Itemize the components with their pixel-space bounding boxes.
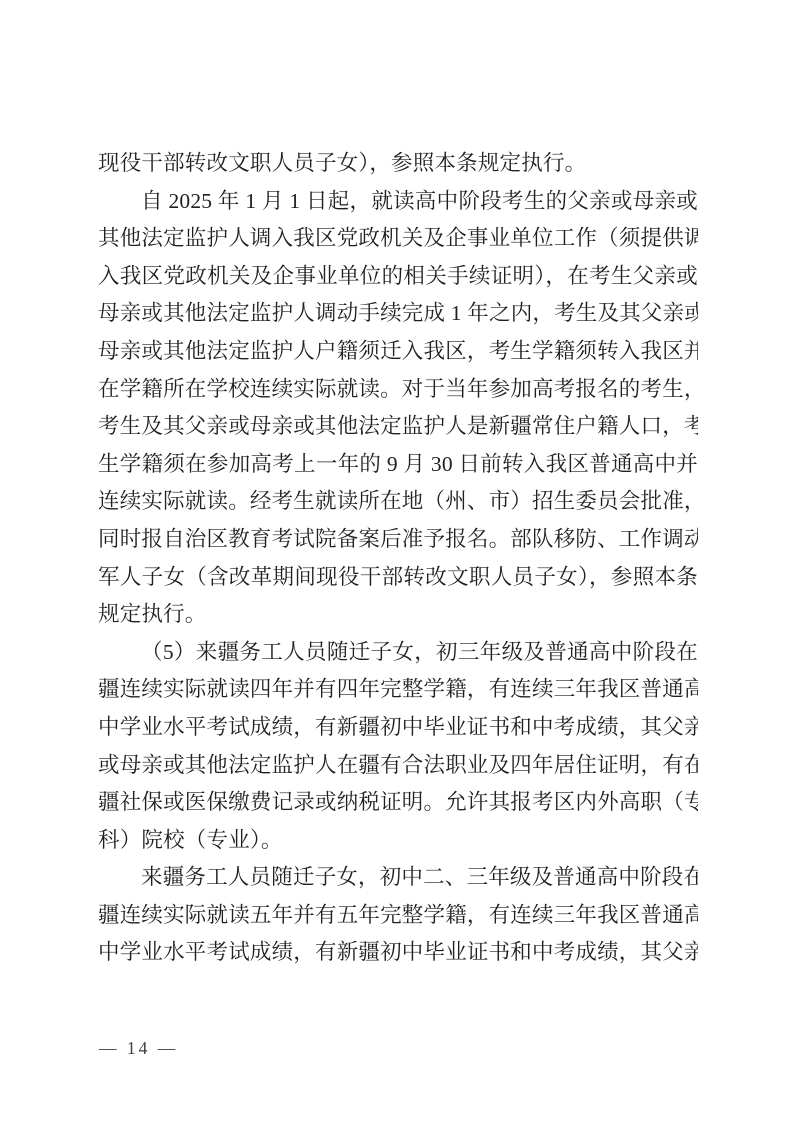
text-line: 同时报自治区教育考试院备案后准予报名。部队移防、工作调动 xyxy=(98,521,698,559)
text-line: 考生及其父亲或母亲或其他法定监护人是新疆常住户籍人口，考 xyxy=(98,408,698,446)
text-line: 自 2025 年 1 月 1 日起，就读高中阶段考生的父亲或母亲或 xyxy=(98,183,698,221)
text-line: 入我区党政机关及企事业单位的相关手续证明），在考生父亲或 xyxy=(98,258,698,296)
paragraph-migrant-workers-five-years: 来疆务工人员随迁子女，初中二、三年级及普通高中阶段在疆连续实际就读五年并有五年完… xyxy=(98,859,698,972)
text-line: 生学籍须在参加高考上一年的 9 月 30 日前转入我区普通高中并 xyxy=(98,446,698,484)
text-line: 母亲或其他法定监护人户籍须迁入我区，考生学籍须转入我区并 xyxy=(98,333,698,371)
page-number: — 14 — xyxy=(99,1036,178,1060)
text-line: 中学业水平考试成绩，有新疆初中毕业证书和中考成绩，其父亲 xyxy=(98,709,698,747)
text-line: 或母亲或其他法定监护人在疆有合法职业及四年居住证明，有在 xyxy=(98,747,698,785)
text-line: 疆连续实际就读四年并有四年完整学籍，有连续三年我区普通高 xyxy=(98,671,698,709)
document-page: 现役干部转改文职人员子女），参照本条规定执行。自 2025 年 1 月 1 日起… xyxy=(0,0,793,1122)
paragraph-2025-transfer-policy: 自 2025 年 1 月 1 日起，就读高中阶段考生的父亲或母亲或其他法定监护人… xyxy=(98,183,698,634)
text-line: 科）院校（专业）。 xyxy=(98,822,698,860)
text-line: 连续实际就读。经考生就读所在地（州、市）招生委员会批准， xyxy=(98,483,698,521)
text-line: 中学业水平考试成绩，有新疆初中毕业证书和中考成绩，其父亲 xyxy=(98,934,698,972)
text-line: （5）来疆务工人员随迁子女，初三年级及普通高中阶段在 xyxy=(98,634,698,672)
text-line: 疆连续实际就读五年并有五年完整学籍，有连续三年我区普通高 xyxy=(98,897,698,935)
text-line: 疆社保或医保缴费记录或纳税证明。允许其报考区内外高职（专 xyxy=(98,784,698,822)
text-line: 其他法定监护人调入我区党政机关及企事业单位工作（须提供调 xyxy=(98,220,698,258)
text-line: 母亲或其他法定监护人调动手续完成 1 年之内，考生及其父亲或 xyxy=(98,295,698,333)
text-line: 规定执行。 xyxy=(98,596,698,634)
text-line: 来疆务工人员随迁子女，初中二、三年级及普通高中阶段在 xyxy=(98,859,698,897)
paragraph-continuation: 现役干部转改文职人员子女），参照本条规定执行。 xyxy=(98,145,698,183)
text-line: 军人子女（含改革期间现役干部转改文职人员子女），参照本条 xyxy=(98,559,698,597)
text-line: 在学籍所在学校连续实际就读。对于当年参加高考报名的考生， xyxy=(98,371,698,409)
paragraph-item-5-migrant-workers-four-years: （5）来疆务工人员随迁子女，初三年级及普通高中阶段在疆连续实际就读四年并有四年完… xyxy=(98,634,698,860)
text-line: 现役干部转改文职人员子女），参照本条规定执行。 xyxy=(98,145,698,183)
document-body: 现役干部转改文职人员子女），参照本条规定执行。自 2025 年 1 月 1 日起… xyxy=(98,145,698,972)
